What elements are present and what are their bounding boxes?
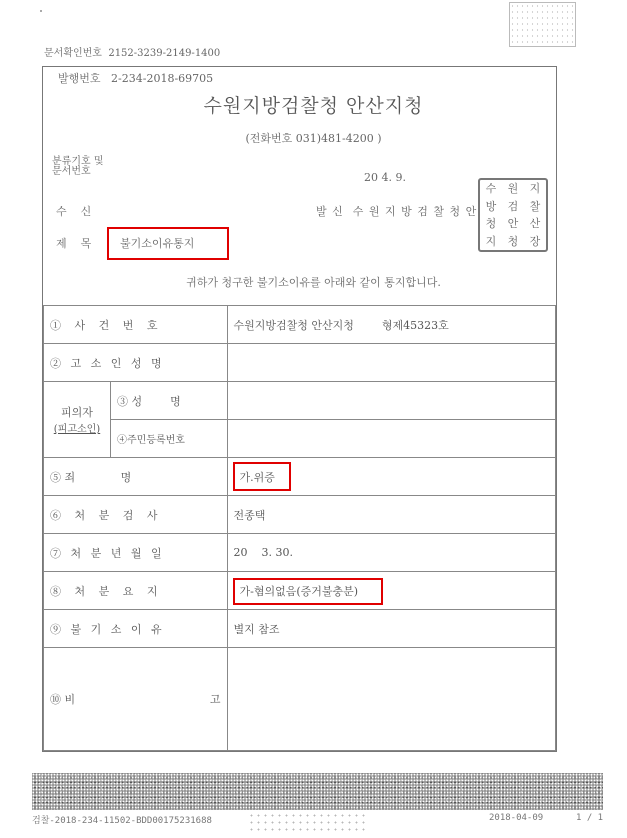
- sender: 발 신 수 원 지 방 검 찰 청 안: [316, 203, 477, 219]
- seal-char: 청: [480, 215, 502, 233]
- row-value: [227, 420, 555, 458]
- row-label: ⑧ 처 분 요 지: [44, 572, 228, 610]
- row-value: 전종택: [227, 496, 555, 534]
- issue-label: 발행번호: [58, 72, 101, 85]
- subject: 불기소이유통지: [120, 235, 194, 251]
- barcode-box: [509, 2, 576, 47]
- table-row: ⑥ 처 분 검 사 전종택: [44, 496, 556, 534]
- row-label: ① 사 건 번 호: [44, 306, 228, 344]
- row-label: ⑩ 비 고: [44, 648, 228, 751]
- table-row: 피의자 (피고소인) ③ 성 명: [44, 382, 556, 420]
- doc-verification-number: 2152-3239-2149-1400: [108, 48, 220, 59]
- disposition-value: 가-혐의없음(증거불충분): [240, 585, 359, 598]
- row-value: 20 3. 30.: [227, 534, 555, 572]
- issue-number: 발행번호 2-234-2018-69705: [58, 70, 213, 86]
- row-value: 가.위증: [227, 458, 555, 496]
- row-value: [227, 648, 555, 751]
- agency-phone: (전화번호 031)481-4200 ): [0, 130, 627, 146]
- seal-char: 지: [480, 233, 502, 251]
- subject-label: 제 목: [56, 235, 91, 251]
- seal-char: 찰: [524, 198, 546, 216]
- agency-title: 수원지방검찰청 안산지청: [0, 91, 627, 118]
- scan-speck: [40, 10, 42, 12]
- notice-table: ① 사 건 번 호 수원지방검찰청 안산지청 형제45323호 ② 고 소 인 …: [43, 305, 556, 751]
- table-row: ② 고 소 인 성 명: [44, 344, 556, 382]
- doc-verification: 문서확인번호 2152-3239-2149-1400: [44, 44, 220, 59]
- doc-verification-label: 문서확인번호: [44, 48, 102, 59]
- table-row: ⑧ 처 분 요 지 가-혐의없음(증거불충분): [44, 572, 556, 610]
- official-seal: 수원지방검찰청안산지청장: [478, 178, 548, 252]
- group-label: 피의자: [46, 404, 108, 420]
- footer-date: 2018-04-09: [489, 813, 543, 823]
- row-label: ② 고 소 인 성 명: [44, 344, 228, 382]
- seal-char: 지: [524, 180, 546, 198]
- row-value: [227, 344, 555, 382]
- row-label: ④주민등록번호: [111, 420, 228, 458]
- charge-value: 가.위증: [240, 471, 275, 484]
- seal-char: 안: [502, 215, 524, 233]
- table-row: ⑨ 불 기 소 이 유 별지 참조: [44, 610, 556, 648]
- footer-code: 검찰-2018-234-11502-BDD00175231688: [32, 813, 212, 826]
- seal-char: 검: [502, 198, 524, 216]
- row-label: ⑦ 처 분 년 월 일: [44, 534, 228, 572]
- seal-char: 산: [524, 215, 546, 233]
- row-value: 수원지방검찰청 안산지청 형제45323호: [227, 306, 555, 344]
- row-label: ③ 성 명: [111, 382, 228, 420]
- classification-label: 분류기호 및 문서번호: [52, 157, 103, 177]
- row-value: 가-혐의없음(증거불충분): [227, 572, 555, 610]
- row-label: ⑨ 불 기 소 이 유: [44, 610, 228, 648]
- table-row: ⑦ 처 분 년 월 일 20 3. 30.: [44, 534, 556, 572]
- document-date: 20 4. 9.: [364, 171, 406, 184]
- table-row: ① 사 건 번 호 수원지방검찰청 안산지청 형제45323호: [44, 306, 556, 344]
- issue-value: 2-234-2018-69705: [111, 72, 213, 85]
- seal-char: 장: [524, 233, 546, 251]
- row-value: 별지 참조: [227, 610, 555, 648]
- row-label: ⑤ 죄 명: [44, 458, 228, 496]
- dot-code: [248, 812, 368, 834]
- notice-text: 귀하가 청구한 불기소이유를 아래와 같이 통지합니다.: [0, 274, 627, 290]
- table-row: ⑤ 죄 명 가.위증: [44, 458, 556, 496]
- table-row: ④주민등록번호: [44, 420, 556, 458]
- classification-line2: 문서번호: [52, 167, 103, 177]
- suspect-group-label: 피의자 (피고소인): [44, 382, 111, 458]
- row-label: ⑥ 처 분 검 사: [44, 496, 228, 534]
- seal-char: 수: [480, 180, 502, 198]
- seal-char: 청: [502, 233, 524, 251]
- remarks-label: ⑩ 비: [50, 693, 75, 706]
- security-pattern: [32, 773, 603, 810]
- remarks-label-end: 고: [210, 691, 221, 707]
- seal-char: 원: [502, 180, 524, 198]
- seal-char: 방: [480, 198, 502, 216]
- row-value: [227, 382, 555, 420]
- group-sublabel: (피고소인): [46, 420, 108, 435]
- page-indicator: 1 / 1: [576, 813, 603, 823]
- table-row: ⑩ 비 고: [44, 648, 556, 751]
- recipient-label: 수 신: [56, 203, 91, 219]
